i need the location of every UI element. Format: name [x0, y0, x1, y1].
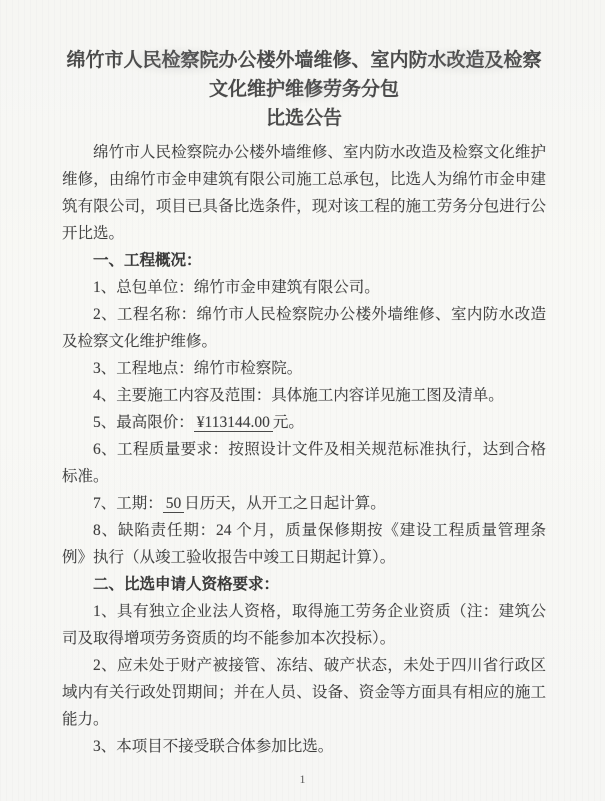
max-price-unit: 元。	[273, 414, 304, 431]
duration-value: 50	[163, 495, 185, 513]
document-content: 绵竹市人民检察院办公楼外墙维修、室内防水改造及检察文化维护维修劳务分包 比选公告…	[0, 0, 605, 760]
section2-heading: 二、比选申请人资格要求：	[62, 571, 546, 598]
section1-item-construction-scope: 4、主要施工内容及范围：具体施工内容详见施工图及清单。	[62, 382, 546, 409]
section1-item-project-location: 3、工程地点：绵竹市检察院。	[62, 355, 546, 382]
section1-item-defect-liability: 8、缺陷责任期：24 个月，质量保修期按《建设工程质量管理条例》执行（从竣工验收…	[62, 517, 546, 571]
scanned-document-page: 绵竹市人民检察院办公楼外墙维修、室内防水改造及检察文化维护维修劳务分包 比选公告…	[0, 0, 605, 801]
duration-unit: 日历天，从开工之日起计算。	[184, 495, 386, 512]
section1-item-general-contractor: 1、总包单位：绵竹市金申建筑有限公司。	[62, 274, 546, 301]
page-number: 1	[0, 772, 605, 787]
section1-item-project-name: 2、工程名称：绵竹市人民检察院办公楼外墙维修、室内防水改造及检察文化维护维修。	[62, 301, 546, 355]
max-price-label: 5、最高限价：	[93, 414, 194, 431]
section1-item-duration: 7、工期：50日历天，从开工之日起计算。	[62, 490, 546, 517]
duration-label: 7、工期：	[93, 495, 163, 512]
document-body: 绵竹市人民检察院办公楼外墙维修、室内防水改造及检察文化维护维修，由绵竹市金申建筑…	[62, 139, 546, 760]
max-price-value: ¥113144.00	[194, 414, 273, 432]
intro-paragraph: 绵竹市人民检察院办公楼外墙维修、室内防水改造及检察文化维护维修，由绵竹市金申建筑…	[62, 139, 546, 247]
section2-item-qualification: 1、具有独立企业法人资格，取得施工劳务企业资质（注：建筑公司及取得增项劳务资质的…	[62, 598, 546, 652]
section1-heading: 一、工程概况：	[62, 247, 546, 274]
section2-item-no-consortium: 3、本项目不接受联合体参加比选。	[62, 733, 546, 760]
section1-item-quality-requirement: 6、工程质量要求：按照设计文件及相关规范标准执行，达到合格标准。	[62, 436, 546, 490]
document-subtitle: 比选公告	[62, 104, 546, 133]
section1-item-max-price: 5、最高限价：¥113144.00元。	[62, 409, 546, 436]
section2-item-financial-status: 2、应未处于财产被接管、冻结、破产状态，未处于四川省行政区域内有关行政处罚期间；…	[62, 652, 546, 733]
document-title: 绵竹市人民检察院办公楼外墙维修、室内防水改造及检察文化维护维修劳务分包	[62, 46, 546, 104]
